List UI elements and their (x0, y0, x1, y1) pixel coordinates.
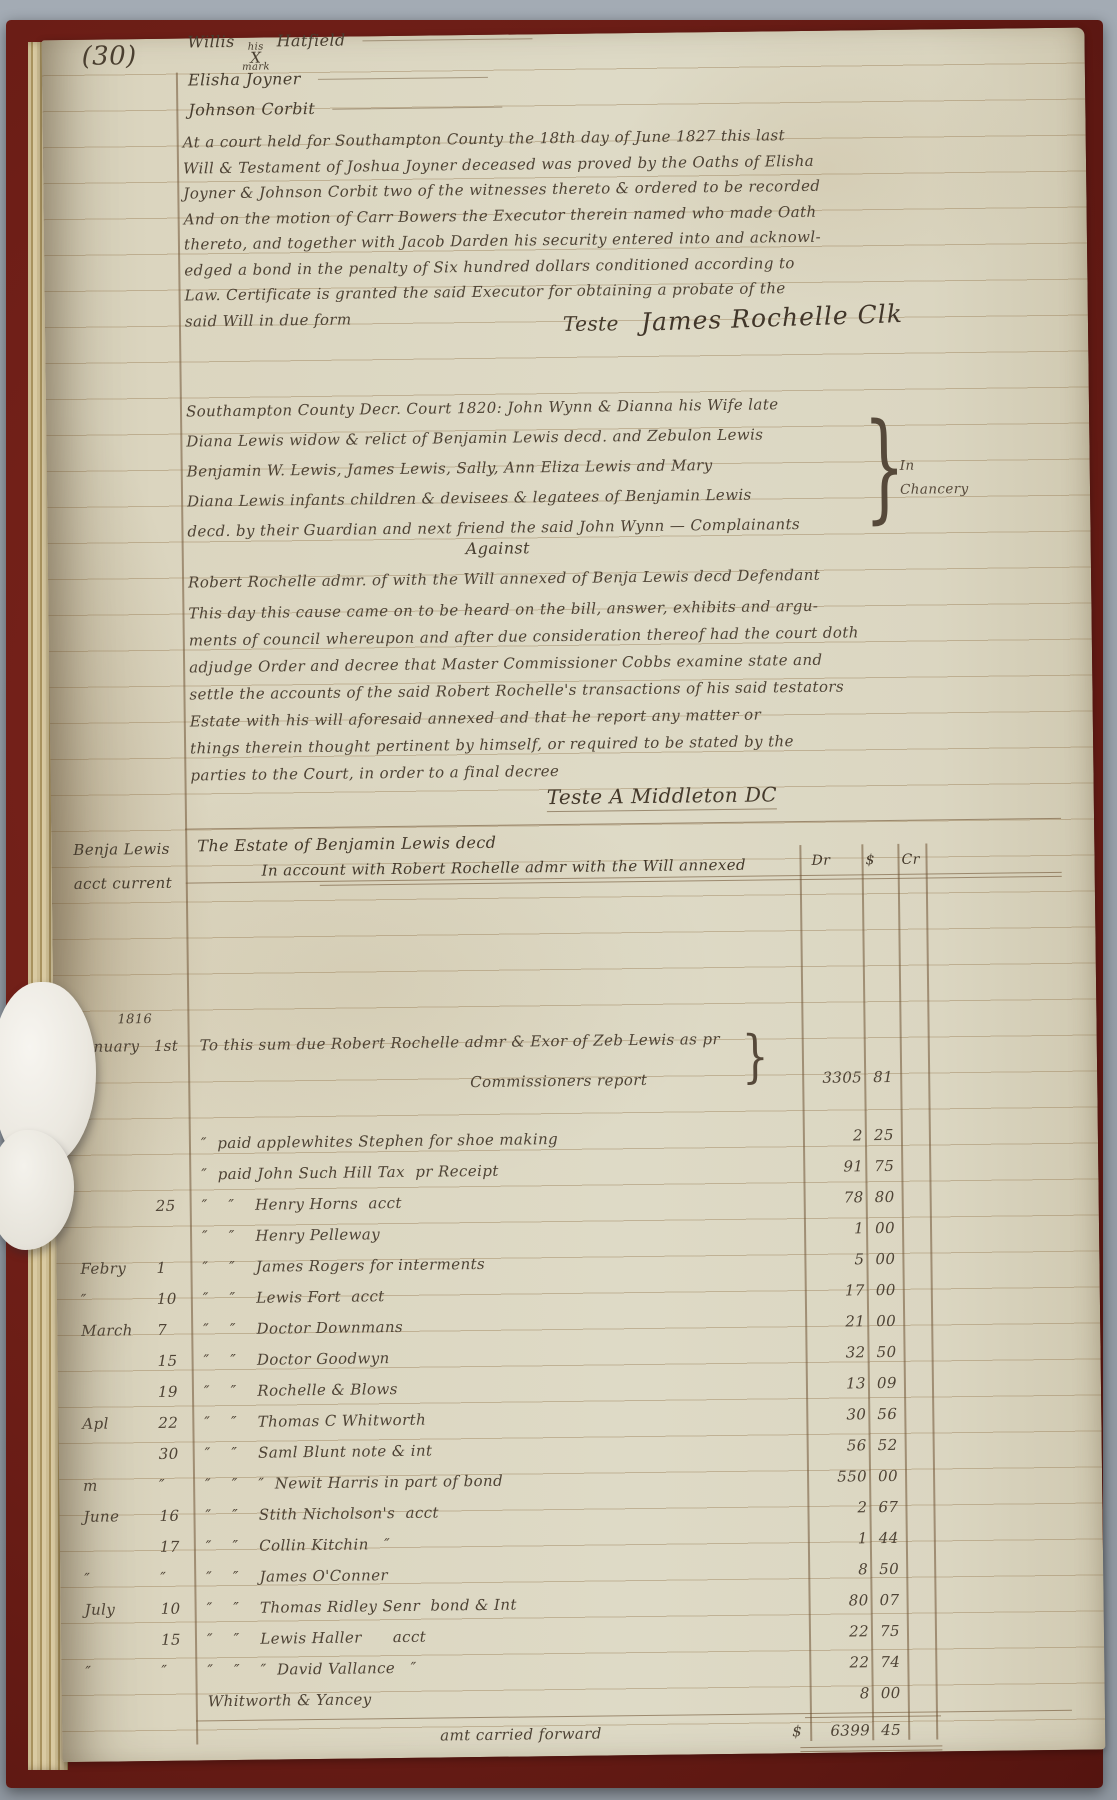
row-cents-cell: 50 (874, 1560, 904, 1578)
column-header-cr: Cr (901, 852, 919, 868)
carried-forward-dollars: 6399 (812, 1718, 870, 1744)
decree-paragraph: This day this cause came on to be heard … (188, 591, 930, 789)
row-dollars-cell: 8 (812, 1684, 870, 1703)
chancery-entry: Southampton County Decr. Court 1820: Joh… (186, 388, 888, 547)
row-dollars-cell: 2 (805, 1126, 863, 1145)
against-label: Against (466, 538, 530, 558)
row-description-cell-2: Commissioners report (470, 1071, 647, 1091)
row-cents-cell: 80 (870, 1188, 900, 1206)
witness-name: Willis (187, 32, 234, 52)
row-day-cell: 1st (154, 1036, 194, 1054)
row-day-cell: 30 (159, 1444, 199, 1462)
row-day-cell: 16 (159, 1506, 199, 1524)
row-dollars-cell: 17 (807, 1281, 865, 1300)
row-cents-cell: 00 (871, 1281, 901, 1299)
witness-name: Hatfield (277, 31, 346, 51)
row-dollars-cell: 22 (811, 1653, 869, 1672)
row-cents-cell: 25 (869, 1126, 899, 1144)
row-description-cell: ″ paid applewhites Stephen for shoe maki… (201, 1127, 801, 1152)
row-day-cell: 15 (161, 1630, 201, 1648)
his-mark: his X mark (242, 42, 270, 72)
row-day-cell: 19 (158, 1382, 198, 1400)
row-dollars-cell: 2 (809, 1498, 867, 1517)
row-dollars-cell: 91 (805, 1157, 863, 1176)
witness-name: Johnson Corbit (188, 99, 315, 120)
witness-signatures: Willis his X mark Hatfield Elisha Joyner… (187, 28, 533, 130)
row-cents-cell: 09 (872, 1374, 902, 1392)
carried-forward-label: amt carried forward (440, 1722, 602, 1749)
account-margin-label-line: acct current (74, 870, 184, 897)
page-group: (30) Willis his X mark Hatfield Elisha J… (0, 0, 1117, 1800)
row-dollars-cell: 56 (809, 1436, 867, 1455)
row-description-cell: To this sum due Robert Rochelle admr & E… (200, 1029, 800, 1054)
in-chancery-note-line: Chancery (900, 477, 969, 502)
witness-signature: Johnson Corbit (188, 96, 533, 130)
account-margin-label: Benja Lewis acct current (73, 837, 184, 897)
row-month-cell (79, 1166, 175, 1167)
row-dollars-cell: 1 (810, 1529, 868, 1548)
row-dollars-cell: 8 (810, 1560, 868, 1579)
row-cents-cell: 75 (869, 1157, 899, 1175)
row-day-cell: 22 (158, 1413, 198, 1431)
row-cents-cell: 75 (875, 1622, 905, 1640)
account-year: 1816 (117, 1007, 152, 1033)
row-dollars-cell: 30 (808, 1405, 866, 1424)
row-dollars-cell: 32 (807, 1343, 865, 1362)
row-cents-cell: 00 (873, 1467, 903, 1485)
carried-forward-currency: $ (792, 1719, 802, 1745)
row-day-cell: 17 (160, 1537, 200, 1555)
row-dollars-cell: 21 (807, 1312, 865, 1331)
footer-rule (800, 1749, 942, 1752)
account-title: The Estate of Benjamin Lewis decd (197, 833, 496, 856)
row-dollars-cell: 78 (806, 1188, 864, 1207)
row-day-cell: ″ (160, 1568, 200, 1586)
row-dollars-cell: 3305 (804, 1068, 862, 1087)
footer-rule (800, 1745, 942, 1748)
row-cents-cell: 07 (874, 1591, 904, 1609)
row-cents-cell: 74 (875, 1653, 905, 1671)
photo-of-ledger-book: (30) Willis his X mark Hatfield Elisha J… (0, 0, 1117, 1800)
row-cents-cell: 50 (871, 1343, 901, 1361)
page-content: (30) Willis his X mark Hatfield Elisha J… (0, 0, 1117, 1800)
row-month-cell (80, 1228, 176, 1229)
in-chancery-note-line: In (900, 453, 969, 478)
row-cents-cell: 00 (871, 1312, 901, 1330)
row-cents-cell: 56 (872, 1405, 902, 1423)
row-day-cell: 10 (157, 1289, 197, 1307)
page-number: (30) (81, 41, 136, 72)
in-chancery-note: In Chancery (900, 453, 969, 502)
row-cents-cell: 81 (868, 1068, 898, 1086)
row-cents-cell: 00 (876, 1684, 906, 1702)
defendant-line: Robert Rochelle admr. of with the Will a… (188, 561, 928, 596)
row-cents-cell: 44 (874, 1529, 904, 1547)
row-day-cell: 15 (157, 1351, 197, 1369)
row-month-cell (86, 1693, 182, 1694)
row-cents-cell: 52 (873, 1436, 903, 1454)
row-day-cell: 7 (157, 1320, 197, 1338)
row-dollars-cell: 5 (806, 1250, 864, 1269)
line-filler (332, 107, 502, 110)
line-filler (318, 77, 488, 80)
row-day-cell: ″ (159, 1475, 199, 1493)
row-cents-cell: 67 (873, 1498, 903, 1516)
row-dollars-cell: 13 (808, 1374, 866, 1393)
witness-signature: Willis his X mark Hatfield (187, 28, 532, 62)
deputy-clerk-signature: Teste A Middleton DC (547, 782, 778, 812)
row-dollars-cell: 22 (811, 1622, 869, 1641)
carried-forward-cents: 45 (876, 1718, 906, 1744)
row-dollars-cell: 1 (806, 1219, 864, 1238)
column-header-dr: Dr (811, 853, 830, 869)
row-day-cell: ″ (161, 1661, 201, 1679)
ledger-row: January1stTo this sum due Robert Rochell… (2, 1025, 1117, 1070)
row-day-cell: 10 (161, 1599, 201, 1617)
column-header-dollar: $ (865, 852, 875, 868)
ledger-rows: January1stTo this sum due Robert Rochell… (0, 0, 1106, 7)
row-day-cell: 1 (156, 1258, 196, 1276)
row-day-cell: 25 (156, 1196, 196, 1214)
account-margin-label-line: Benja Lewis (73, 837, 183, 864)
row-cents-cell: 00 (870, 1219, 900, 1237)
witness-signature: Elisha Joyner (188, 66, 533, 100)
row-dollars-cell: 550 (809, 1467, 867, 1486)
row-month-cell (79, 1135, 175, 1136)
his-mark-bottom-label: mark (242, 62, 270, 72)
line-filler (363, 38, 533, 41)
header-rule (185, 818, 1061, 830)
row-cents-cell: 00 (870, 1250, 900, 1268)
brace-mark: } (742, 1023, 770, 1089)
row-dollars-cell: 80 (810, 1591, 868, 1610)
teste-label: Teste (563, 311, 619, 336)
